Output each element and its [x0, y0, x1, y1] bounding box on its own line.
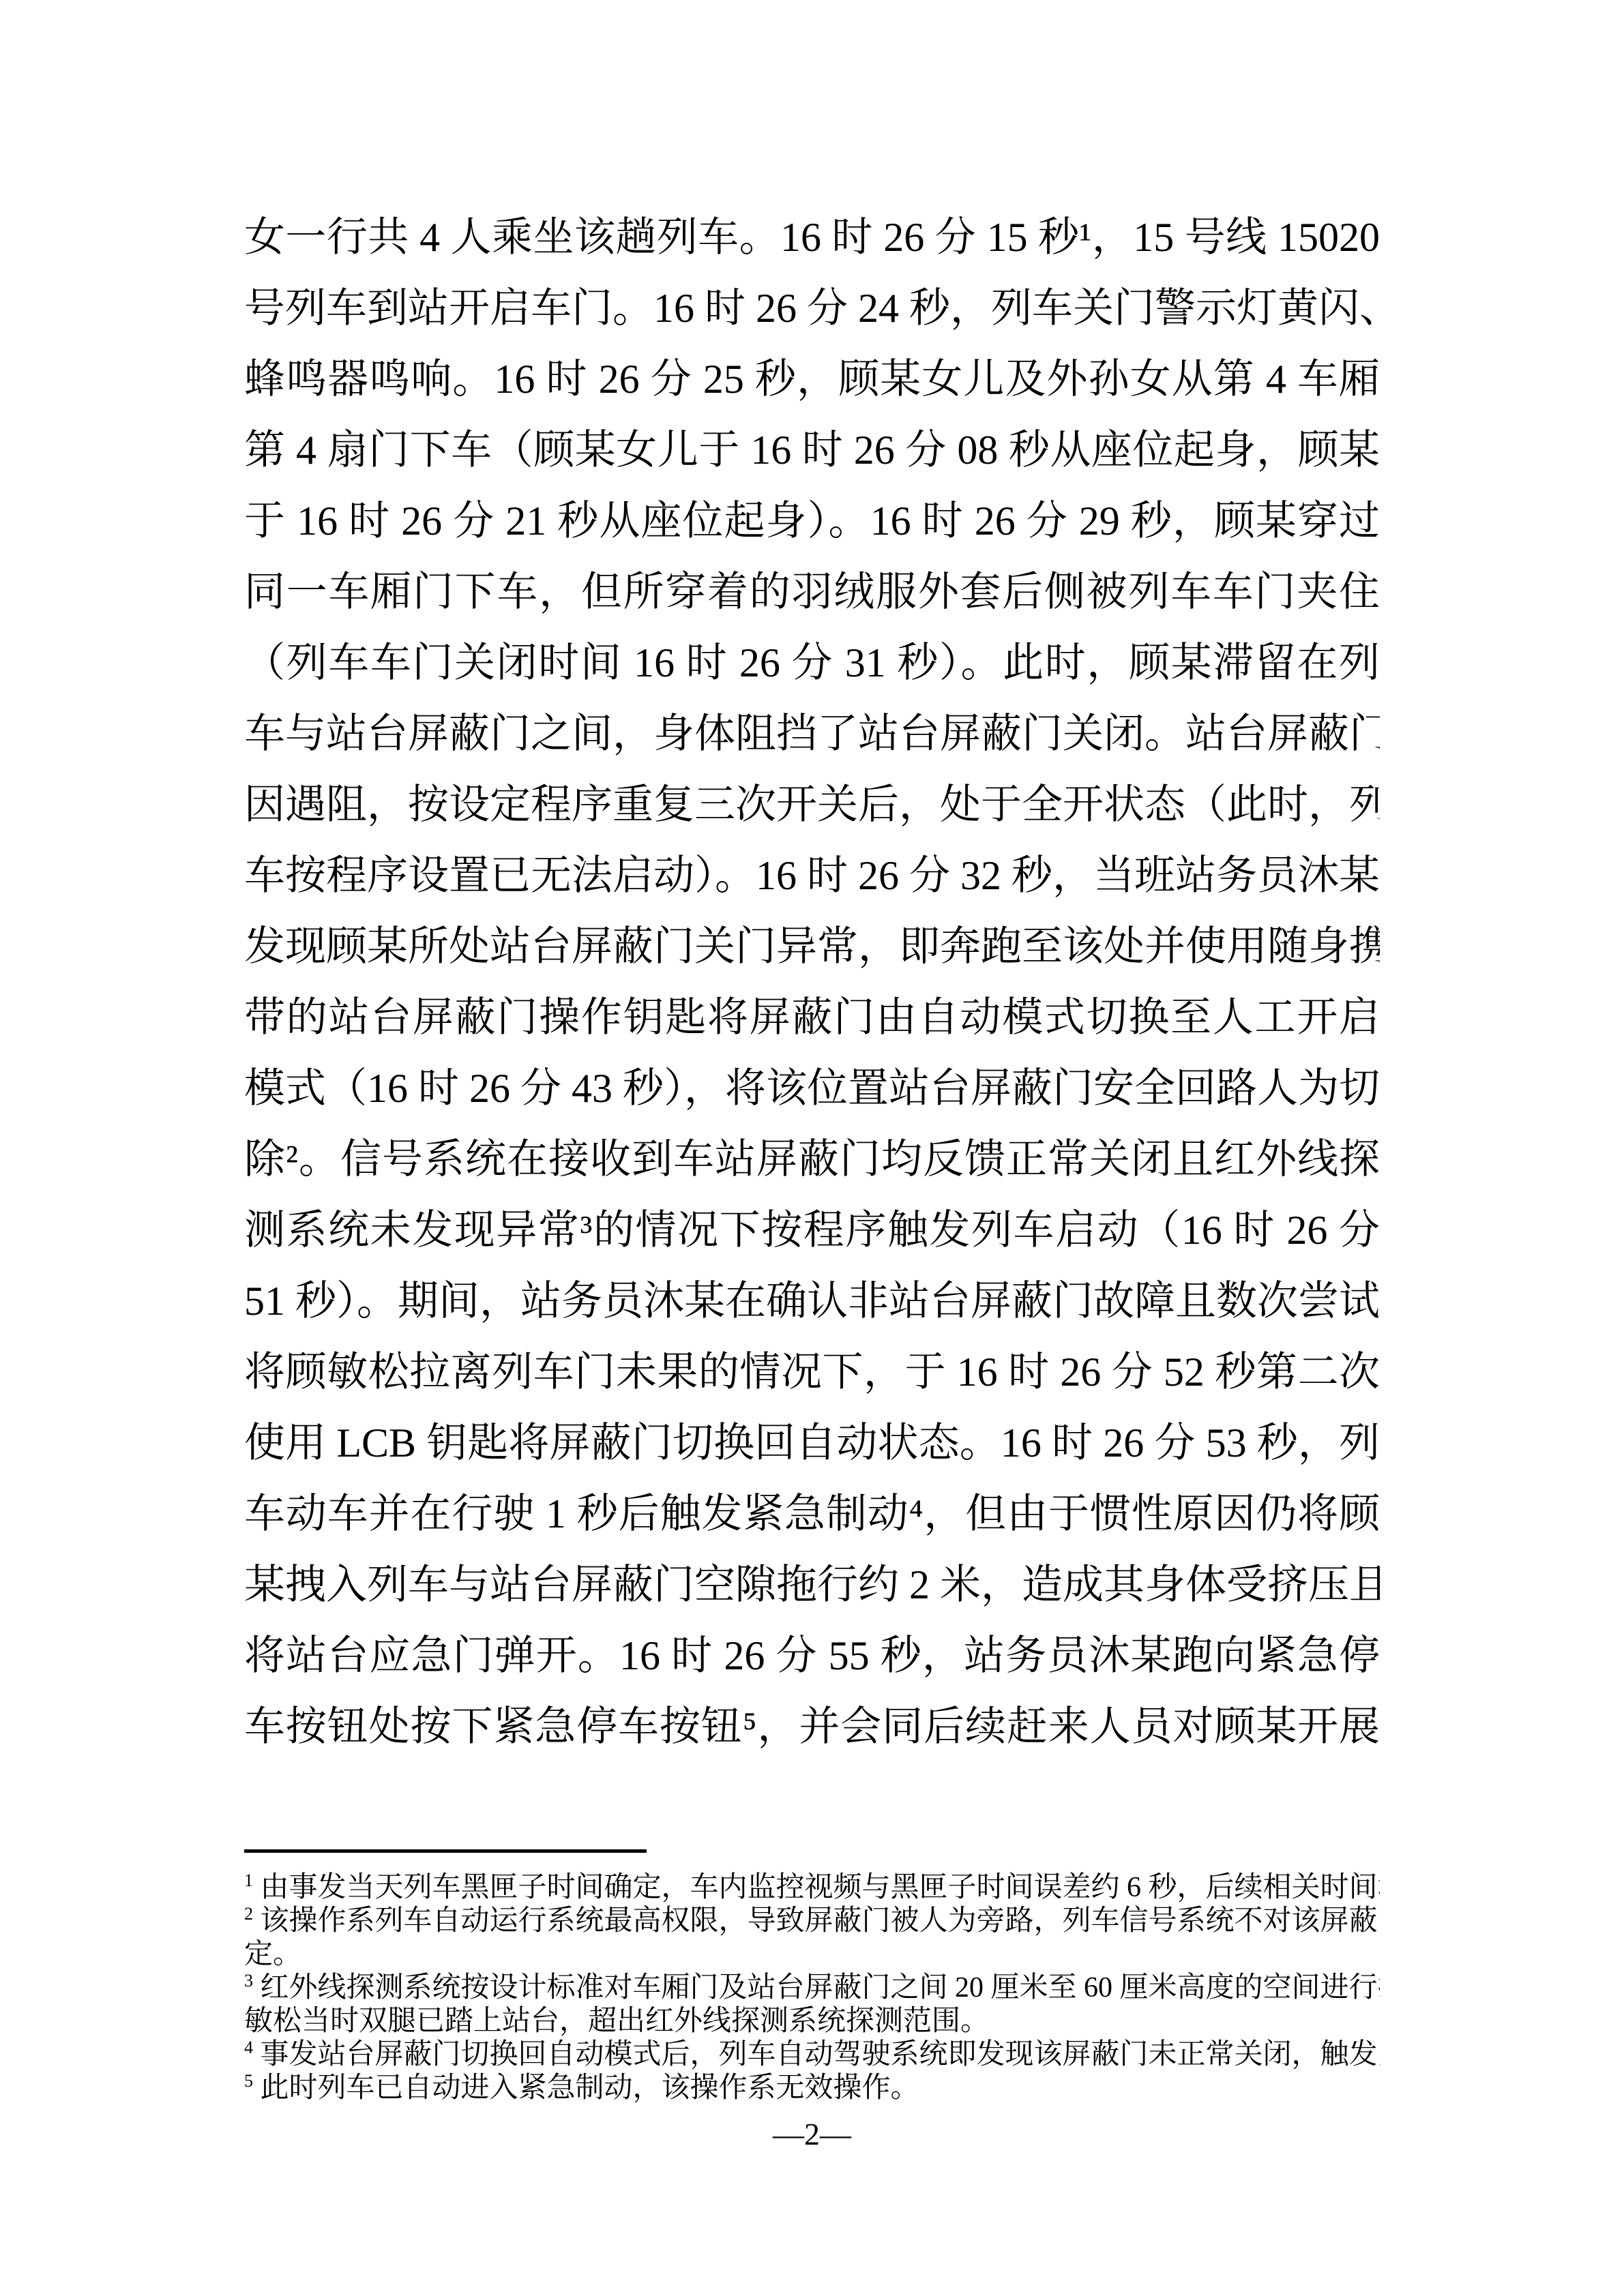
body-line: 将站台应急门弹开。16 时 26 分 55 秒，站务员沐某跑向紧急停: [244, 1620, 1380, 1691]
body-line: 第 4 扇门下车（顾某女儿于 16 时 26 分 08 秒从座位起身，顾某: [244, 415, 1380, 486]
footnotes: 1 由事发当天列车黑匣子时间确定，车内监控视频与黑匣子时间误差约 6 秒，后续相…: [244, 1871, 1380, 2105]
footnote-marker: 1: [244, 1871, 253, 1890]
footnote-line: 5 此时列车已自动进入紧急制动，该操作系无效操作。: [244, 2072, 1380, 2105]
footnote-marker: 5: [244, 2072, 253, 2091]
body-line: 车按钮处按下紧急停车按钮⁵，并会同后续赶来人员对顾某开展: [244, 1691, 1380, 1762]
body-line: 带的站台屏蔽门操作钥匙将屏蔽门由自动模式切换至人工开启: [244, 982, 1380, 1053]
body-line: 发现顾某所处站台屏蔽门关门异常，即奔跑至该处并使用随身携: [244, 911, 1380, 982]
body-line: 模式（16 时 26 分 43 秒），将该位置站台屏蔽门安全回路人为切: [244, 1053, 1380, 1124]
document-page: 女一行共 4 人乘坐该趟列车。16 时 26 分 15 秒¹，15 号线 150…: [0, 0, 1624, 2296]
page-number: —2—: [0, 2117, 1624, 2151]
footnote-line: 敏松当时双腿已踏上站台，超出红外线探测系统探测范围。: [244, 2005, 1380, 2038]
footnote-marker: 3: [244, 1971, 253, 1991]
body-line: 因遇阻，按设定程序重复三次开关后，处于全开状态（此时，列: [244, 769, 1380, 840]
body-line: 于 16 时 26 分 21 秒从座位起身）。16 时 26 分 29 秒，顾某…: [244, 486, 1380, 556]
footnote-marker: 2: [244, 1905, 253, 1924]
body-line: 同一车厢门下车，但所穿着的羽绒服外套后侧被列车车门夹住: [244, 556, 1380, 627]
footnote-line: 定。: [244, 1938, 1380, 1971]
body-paragraph: 女一行共 4 人乘坐该趟列车。16 时 26 分 15 秒¹，15 号线 150…: [244, 202, 1380, 1762]
body-line: （列车车门关闭时间 16 时 26 分 31 秒）。此时，顾某滞留在列: [244, 627, 1380, 698]
footnote-separator: [244, 1849, 647, 1853]
body-line: 女一行共 4 人乘坐该趟列车。16 时 26 分 15 秒¹，15 号线 150…: [244, 202, 1380, 273]
body-line: 车与站台屏蔽门之间，身体阻挡了站台屏蔽门关闭。站台屏蔽门: [244, 698, 1380, 769]
footnote-line: 1 由事发当天列车黑匣子时间确定，车内监控视频与黑匣子时间误差约 6 秒，后续相…: [244, 1871, 1380, 1905]
body-line: 车动车并在行驶 1 秒后触发紧急制动⁴，但由于惯性原因仍将顾: [244, 1478, 1380, 1549]
body-line: 车按程序设置已无法启动）。16 时 26 分 32 秒，当班站务员沐某: [244, 840, 1380, 911]
body-line: 号列车到站开启车门。16 时 26 分 24 秒，列车关门警示灯黄闪、: [244, 273, 1380, 344]
body-line: 将顾敏松拉离列车门未果的情况下，于 16 时 26 分 52 秒第二次: [244, 1337, 1380, 1407]
body-line: 使用 LCB 钥匙将屏蔽门切换回自动状态。16 时 26 分 53 秒，列: [244, 1407, 1380, 1478]
body-line: 除²。信号系统在接收到车站屏蔽门均反馈正常关闭且红外线探: [244, 1124, 1380, 1195]
body-line: 蜂鸣器鸣响。16 时 26 分 25 秒，顾某女儿及外孙女从第 4 车厢: [244, 344, 1380, 415]
footnote-marker: 4: [244, 2038, 253, 2057]
body-line: 某拽入列车与站台屏蔽门空隙拖行约 2 米，造成其身体受挤压且: [244, 1549, 1380, 1620]
body-line: 测系统未发现异常³的情况下按程序触发列车启动（16 时 26 分: [244, 1195, 1380, 1266]
body-line: 51 秒）。期间，站务员沐某在确认非站台屏蔽门故障且数次尝试: [244, 1266, 1380, 1337]
footnote-line: 4 事发站台屏蔽门切换回自动模式后，列车自动驾驶系统即发现该屏蔽门未正常关闭，触…: [244, 2038, 1380, 2072]
footnote-line: 2 该操作系列车自动运行系统最高权限，导致屏蔽门被人为旁路，列车信号系统不对该屏…: [244, 1905, 1380, 1938]
footnote-line: 3 红外线探测系统按设计标准对车厢门及站台屏蔽门之间 20 厘米至 60 厘米高…: [244, 1971, 1380, 2005]
